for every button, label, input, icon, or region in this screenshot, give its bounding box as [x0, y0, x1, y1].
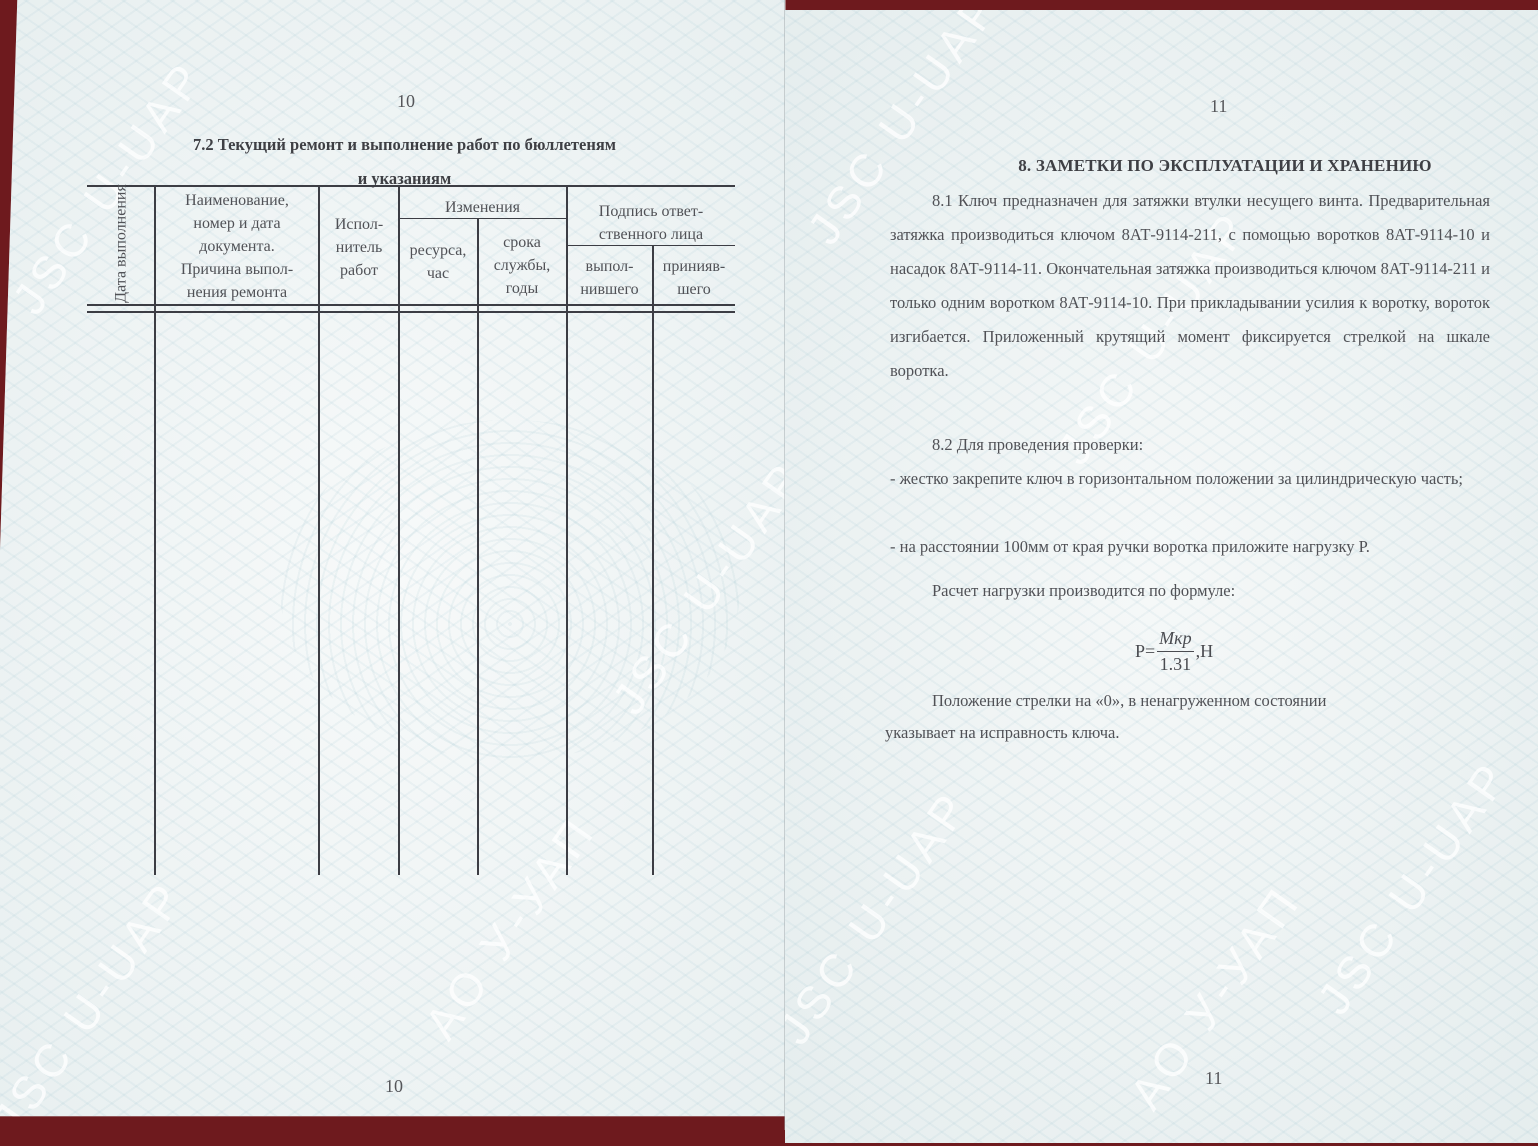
header-performed: выпол- нившего — [567, 255, 652, 301]
left-page: JSC U-UAP JSC U-UAP АО У-УАП JSC U-UAP 1… — [0, 0, 785, 1146]
watermark-text: JSC U-UAP — [1306, 750, 1520, 1024]
formula-unit: ,Н — [1196, 641, 1214, 662]
formula-fraction: Мкр 1.31 — [1157, 628, 1193, 675]
page-number-bottom: 10 — [385, 1076, 403, 1097]
repair-log-table: Дата выполнения Наименование, номер и да… — [87, 185, 735, 875]
page-number-bottom: 11 — [1205, 1068, 1222, 1089]
conclusion-line1: Положение стрелки на «0», в ненагруженно… — [890, 684, 1490, 718]
header-executor: Испол- нитель работ — [320, 213, 398, 282]
page-number-top: 11 — [1210, 96, 1227, 117]
formula-numerator: Мкр — [1157, 628, 1193, 652]
formula-intro: Расчет нагрузки производится по формуле: — [890, 574, 1490, 608]
header-service-life: срока службы, годы — [478, 231, 566, 300]
header-signature: Подпись ответ- ственного лица — [567, 200, 735, 246]
paragraph-8-1: 8.1 Ключ предназначен для затяжки втулки… — [890, 184, 1490, 388]
right-page: JSC U-UAP JSC U-UAP JSC U-UAP АО У-УАП J… — [785, 10, 1538, 1143]
conclusion-line2: указывает на исправность ключа. — [885, 716, 1485, 750]
formula-denominator: 1.31 — [1160, 652, 1192, 675]
header-resource: ресурса, час — [399, 239, 477, 285]
header-changes: Изменения — [399, 196, 566, 219]
header-accepted: принияв- шего — [653, 255, 735, 301]
section-title: 8. ЗАМЕТКИ ПО ЭКСПЛУАТАЦИИ И ХРАНЕНИЮ — [975, 156, 1475, 176]
watermark-text: JSC U-UAP — [0, 870, 196, 1144]
paragraph-8-2: 8.2 Для проведения проверки: — [890, 428, 1490, 462]
formula-lhs: P= — [1135, 641, 1155, 662]
header-date: Дата выполнения — [111, 184, 132, 304]
watermark-text: JSC U-UAP — [785, 780, 981, 1054]
page-number-top: 10 — [397, 91, 415, 112]
section-title-line1: 7.2 Текущий ремонт и выполнение работ по… — [132, 128, 677, 162]
load-formula: P= Мкр 1.31 ,Н — [1135, 628, 1213, 675]
bullet-2: - на расстоянии 100мм от края ручки воро… — [890, 530, 1490, 564]
header-document: Наименование, номер и дата документа. Пр… — [157, 189, 317, 304]
bullet-1: - жестко закрепите ключ в горизонтальном… — [890, 462, 1490, 496]
